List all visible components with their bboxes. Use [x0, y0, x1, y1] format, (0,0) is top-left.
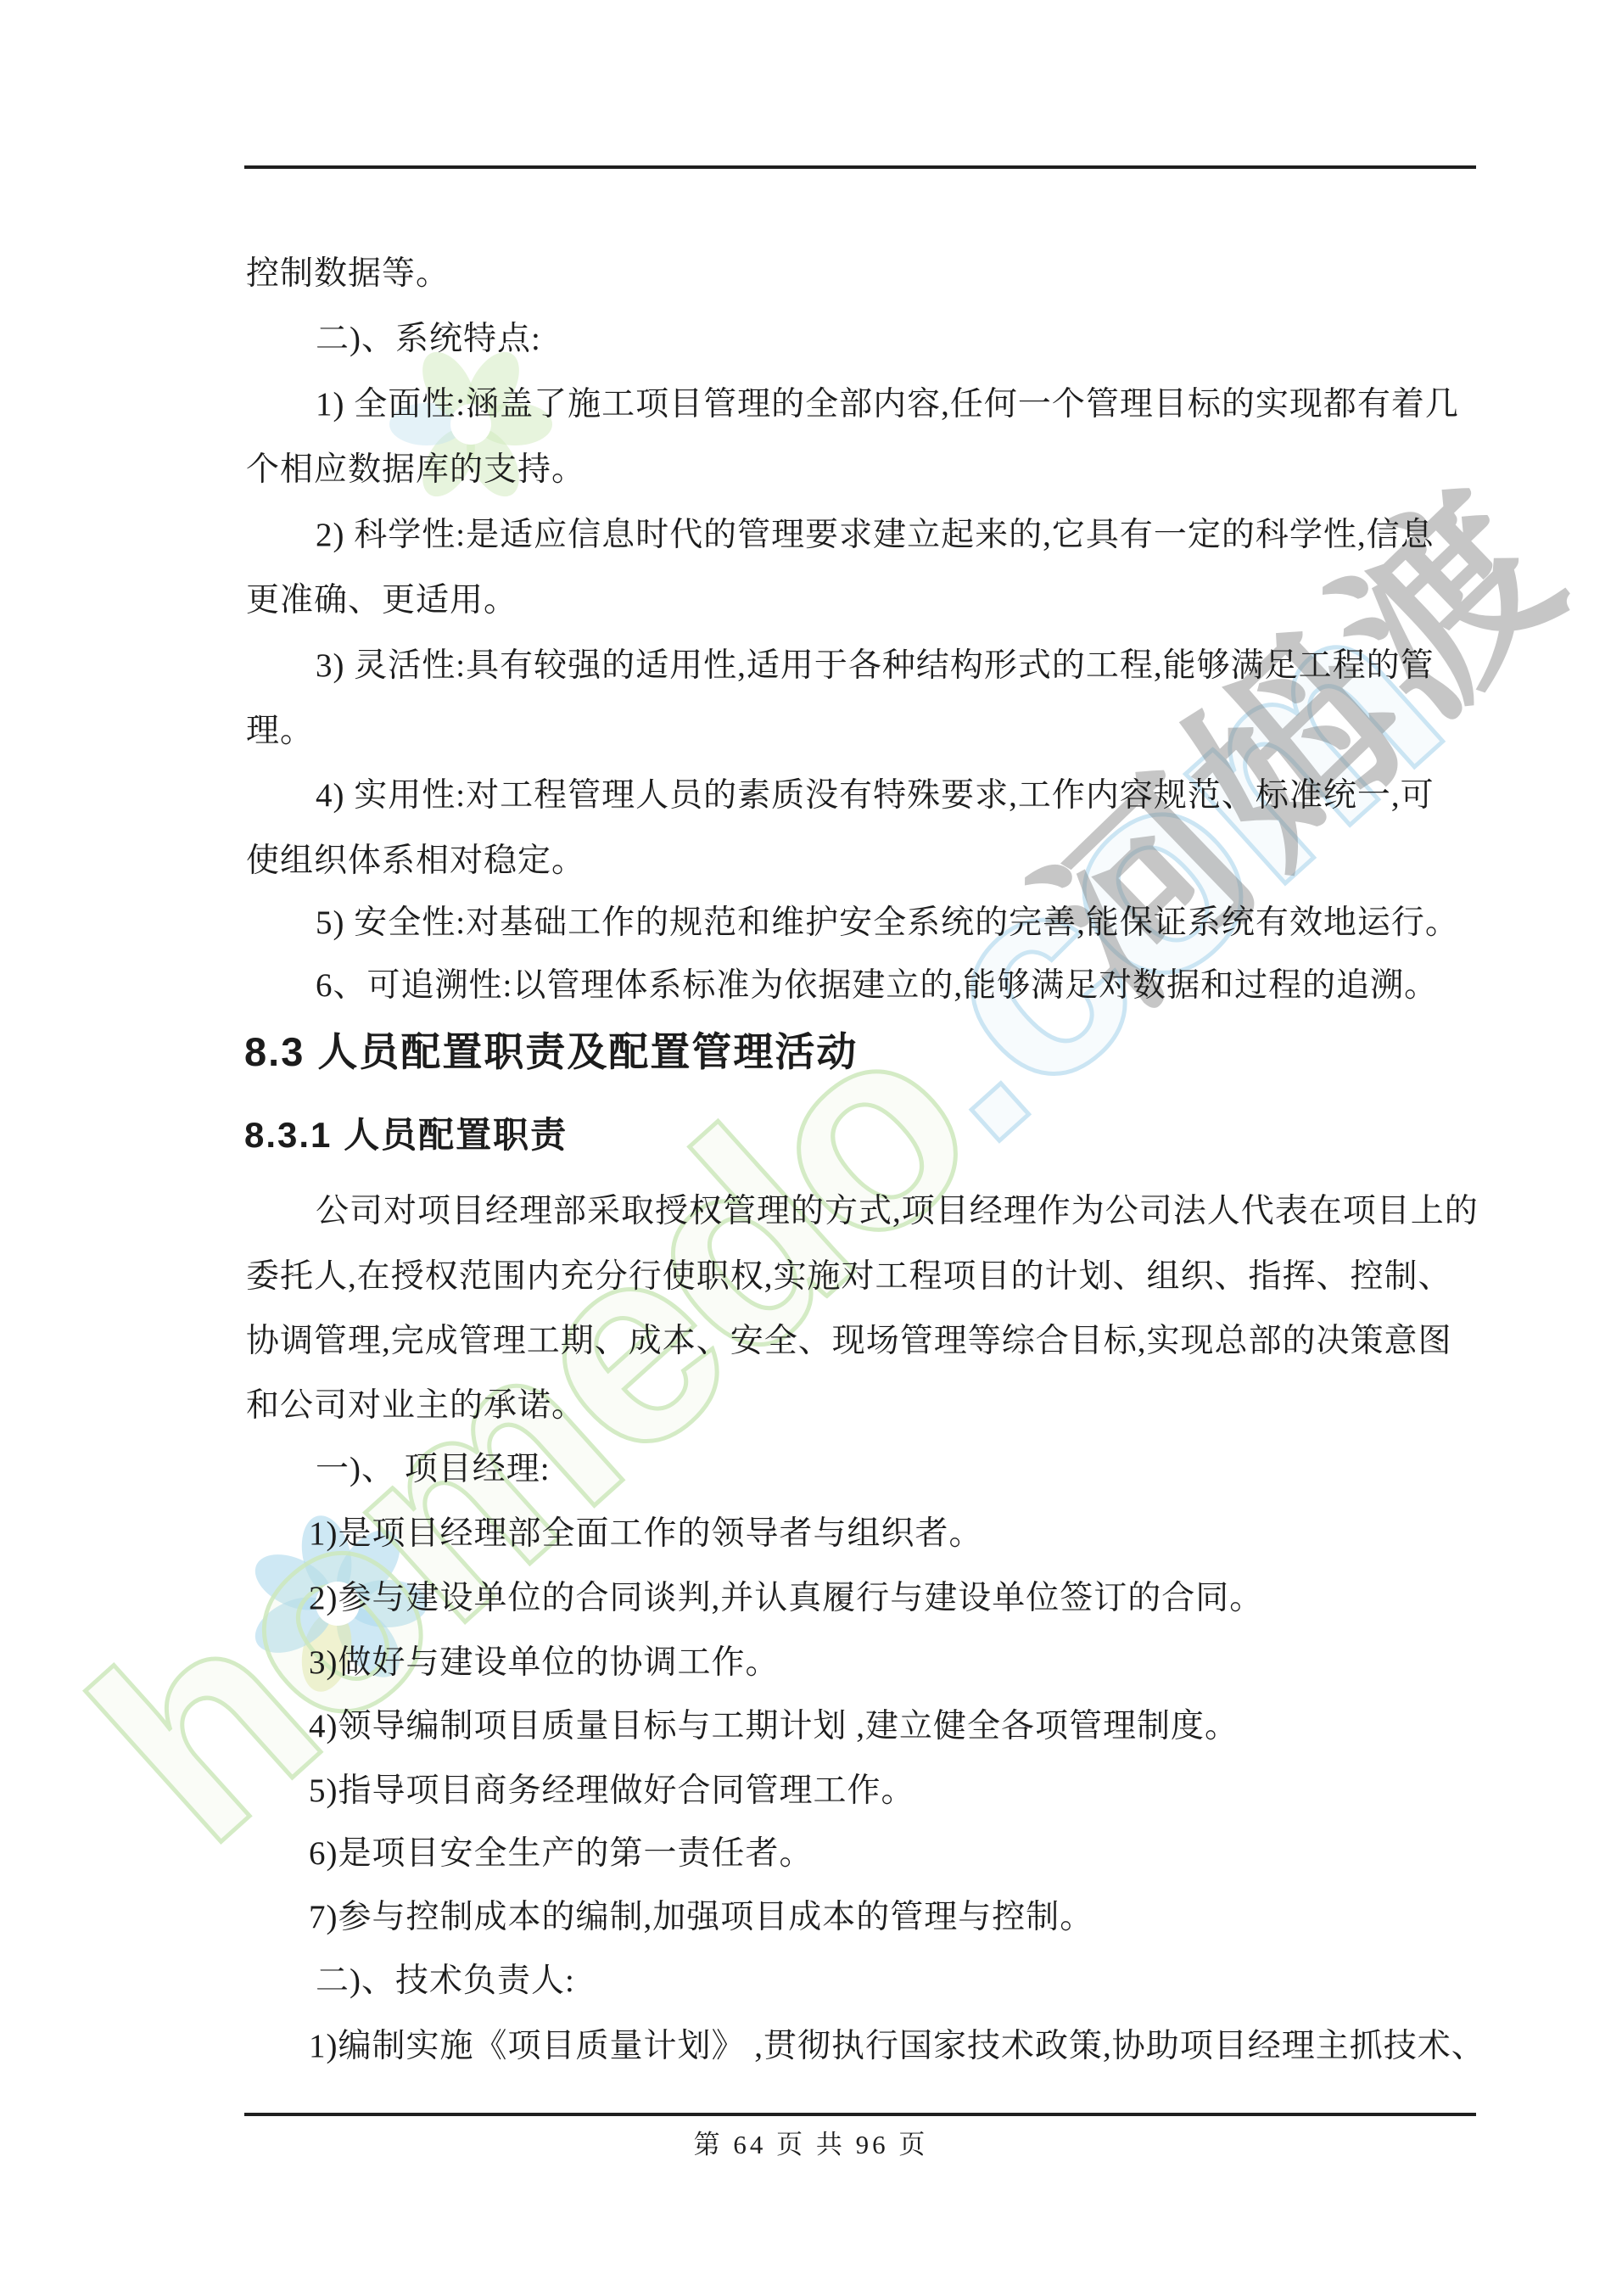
text-line: 二)、系统特点: [316, 312, 541, 360]
text-line: 一)、 项目经理: [316, 1442, 551, 1490]
text-line: 4)领导编制项目质量目标与工期计划 ,建立健全各项管理制度。 [309, 1700, 1239, 1747]
text-line: 5)指导项目商务经理做好合同管理工作。 [309, 1764, 915, 1812]
header-rule [244, 165, 1476, 169]
text-line: 3) 灵活性:具有较强的适用性,适用于各种结构形式的工程,能够满足工程的管 [316, 639, 1435, 686]
text-line: 2)参与建设单位的合同谈判,并认真履行与建设单位签订的合同。 [309, 1571, 1263, 1619]
footer-rule [244, 2113, 1476, 2116]
text-line: 理。 [246, 704, 314, 752]
text-line: 公司对项目经理部采取授权管理的方式,项目经理作为公司法人代表在项目上的 [316, 1184, 1479, 1232]
section-heading: 8.3.1 人员配置职责 [244, 1107, 568, 1158]
text-line: 6)是项目安全生产的第一责任者。 [309, 1827, 814, 1874]
text-line: 6、可追溯性:以管理体系标准为依据建立的,能够满足对数据和过程的追溯。 [316, 959, 1438, 1006]
text-line: 4) 实用性:对工程管理人员的素质没有特殊要求,工作内容规范、标准统一,可 [316, 769, 1435, 816]
text-line: 控制数据等。 [246, 247, 450, 294]
text-line: 2) 科学性:是适应信息时代的管理要求建立起来的,它具有一定的科学性,信息 [316, 508, 1435, 556]
text-line: 使组织体系相对稳定。 [246, 834, 585, 882]
footer-page-number: 第 64 页 共 96 页 [0, 2123, 1622, 2161]
text-line: 1)编制实施《项目质量计划》 ,贯彻执行国家技术政策,协助项目经理主抓技术、 [309, 2019, 1485, 2067]
text-line: 7)参与控制成本的编制,加强项目成本的管理与控制。 [309, 1890, 1093, 1938]
text-line: 协调管理,完成管理工期、成本、安全、现场管理等综合目标,实现总部的决策意图 [246, 1314, 1452, 1362]
text-line: 1)是项目经理部全面工作的领导者与组织者。 [309, 1507, 983, 1554]
section-heading: 8.3 人员配置职责及配置管理活动 [244, 1021, 858, 1078]
text-line: 和公司对业主的承诺。 [246, 1379, 585, 1426]
text-line: 个相应数据库的支持。 [246, 443, 585, 490]
text-line: 二)、技术负责人: [316, 1954, 575, 2002]
text-line: 5) 安全性:对基础工作的规范和维护安全系统的完善,能保证系统有效地运行。 [316, 896, 1459, 944]
text-line: 3)做好与建设单位的协调工作。 [309, 1636, 780, 1683]
text-line: 委托人,在授权范围内充分行使职权,实施对工程项目的计划、组织、指挥、控制、 [246, 1250, 1452, 1297]
text-line: 更准确、更适用。 [246, 574, 517, 621]
document-page: homedo.com 河姆渡 控制数据等。二)、系统特点:1) 全面性:涵盖了施… [0, 0, 1622, 2296]
text-line: 1) 全面性:涵盖了施工项目管理的全部内容,任何一个管理目标的实现都有着几 [316, 378, 1459, 425]
